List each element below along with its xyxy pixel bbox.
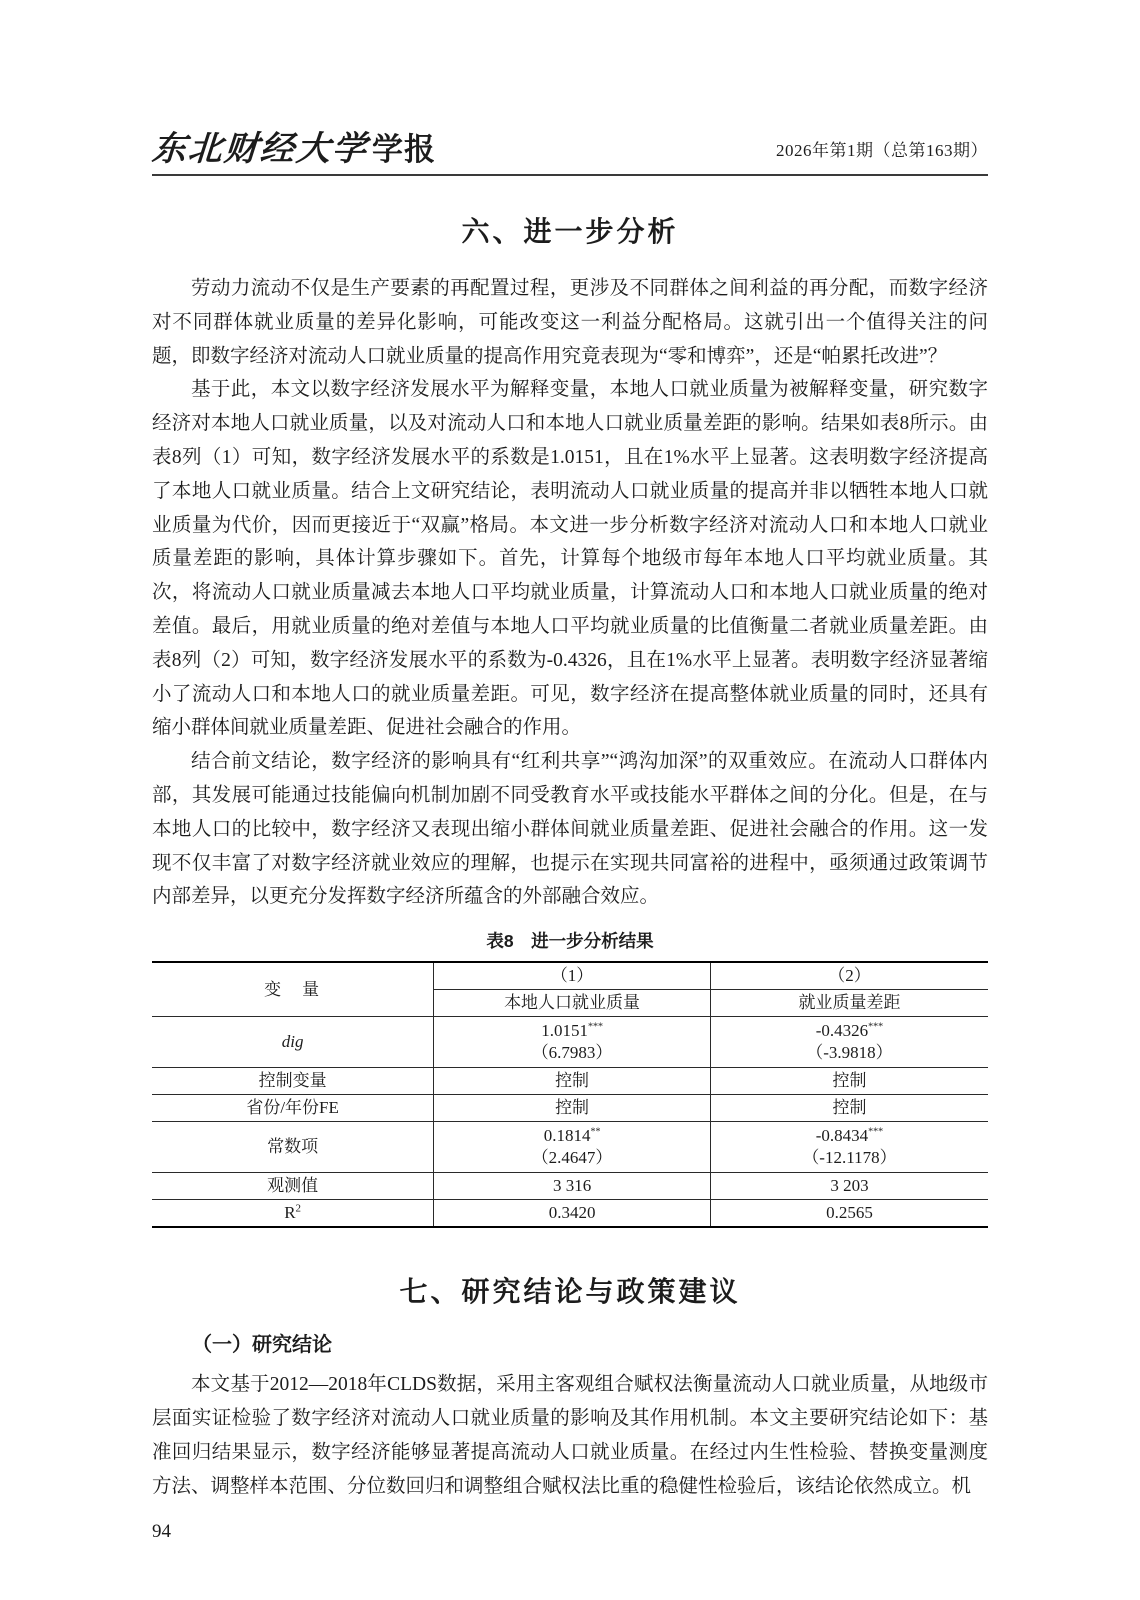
table8-header-row-1: 变 量 （1） （2） [152,962,988,990]
page-header: 东北财经大学学报 2026年第1期（总第163期） [152,132,988,176]
significance-stars: *** [868,1021,883,1032]
table8-row-constant: 常数项 0.1814** （2.4647） -0.8434*** （-12.11… [152,1122,988,1173]
journal-page: 东北财经大学学报 2026年第1期（总第163期） 六、进一步分析 劳动力流动不… [0,0,1140,1600]
cell-constant-label: 常数项 [152,1122,434,1173]
table8-row-observations: 观测值 3 316 3 203 [152,1173,988,1200]
section6-paragraph-1: 劳动力流动不仅是生产要素的再配置过程，更涉及不同群体之间利益的再分配，而数字经济… [152,272,988,373]
cell-controls-label: 控制变量 [152,1068,434,1095]
section6-title: 六、进一步分析 [152,210,988,250]
cell-r2-col1: 0.3420 [434,1200,711,1228]
cell-fe-col1: 控制 [434,1095,711,1122]
cell-dig-col1: 1.0151*** （6.7983） [434,1017,711,1068]
cell-constant-col1: 0.1814** （2.4647） [434,1122,711,1173]
journal-logo: 东北财经大学学报 [152,132,436,166]
cell-controls-col1: 控制 [434,1068,711,1095]
significance-stars: *** [868,1126,883,1137]
issue-info: 2026年第1期（总第163期） [776,136,988,166]
section7-subsection-title: （一）研究结论 [152,1328,988,1362]
header-cell-variable: 变 量 [152,962,434,1017]
section7-title: 七、研究结论与政策建议 [152,1270,988,1310]
journal-logo-suffix: 学报 [372,132,436,167]
cell-obs-col2: 3 203 [710,1173,988,1200]
table8: 变 量 （1） （2） 本地人口就业质量 就业质量差距 dig 1.0151**… [152,961,988,1228]
cell-obs-col1: 3 316 [434,1173,711,1200]
table8-caption: 表8进一步分析结果 [152,928,988,953]
header-cell-col2-number: （2） [710,962,988,990]
t-statistic: （-12.1178） [717,1147,982,1169]
significance-stars: ** [590,1126,600,1137]
t-statistic: （2.4647） [440,1147,704,1169]
cell-dig-label: dig [152,1017,434,1068]
cell-r2-col2: 0.2565 [710,1200,988,1228]
cell-r2-label: R2 [152,1200,434,1228]
table8-caption-title: 进一步分析结果 [531,931,654,951]
page-number: 94 [152,1521,988,1543]
table8-row-fixed-effects: 省份/年份FE 控制 控制 [152,1095,988,1122]
table8-row-controls: 控制变量 控制 控制 [152,1068,988,1095]
header-cell-col1-number: （1） [434,962,711,990]
header-cell-col1-label: 本地人口就业质量 [434,990,711,1017]
table8-row-r-squared: R2 0.3420 0.2565 [152,1200,988,1228]
section7-paragraph-1: 本文基于2012—2018年CLDS数据，采用主客观组合赋权法衡量流动人口就业质… [152,1368,988,1503]
section6-paragraph-3: 结合前文结论，数字经济的影响具有“红利共享”“鸿沟加深”的双重效应。在流动人口群… [152,745,988,914]
cell-obs-label: 观测值 [152,1173,434,1200]
cell-fe-label: 省份/年份FE [152,1095,434,1122]
table8-row-dig: dig 1.0151*** （6.7983） -0.4326*** （-3.98… [152,1017,988,1068]
t-statistic: （6.7983） [440,1042,704,1064]
table8-caption-label: 表8 [486,931,513,951]
journal-logo-calligraphy: 东北财经大学 [151,132,369,166]
cell-constant-col2: -0.8434*** （-12.1178） [710,1122,988,1173]
cell-fe-col2: 控制 [710,1095,988,1122]
header-cell-col2-label: 就业质量差距 [710,990,988,1017]
t-statistic: （-3.9818） [717,1042,982,1064]
significance-stars: *** [588,1021,603,1032]
cell-controls-col2: 控制 [710,1068,988,1095]
cell-dig-col2: -0.4326*** （-3.9818） [710,1017,988,1068]
section6-paragraph-2: 基于此，本文以数字经济发展水平为解释变量，本地人口就业质量为被解释变量，研究数字… [152,373,988,745]
